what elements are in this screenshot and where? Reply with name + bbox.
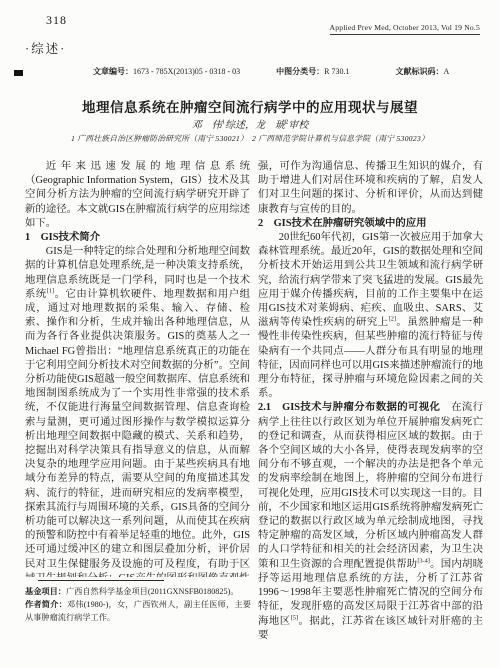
bio-label: 作者简介： bbox=[25, 600, 67, 609]
citation-superscript: [5] bbox=[291, 614, 298, 621]
paragraph-text: 。它由计算机软硬件、地理数据和用户组成，通过对地理数据的采集、输入、存储、检索、… bbox=[25, 289, 250, 577]
citation-superscript: [2] bbox=[389, 316, 396, 323]
body-columns: 近年来迅速发展的地理信息系统（Geographic Information Sy… bbox=[25, 160, 483, 643]
bio-line: 作者简介：邓伟(1980-)，女，广西钦州人，副主任医师，主要从事肿瘤流行病学工… bbox=[25, 598, 251, 624]
journal-header: Applied Prev Med, October 2013, Vol 19 N… bbox=[330, 23, 480, 35]
paragraph: 强，可作为沟通信息、传播卫生知识的媒介，有助于增进人们对居住环境和疾病的了解，启… bbox=[258, 160, 483, 217]
journal-page: 318 Applied Prev Med, October 2013, Vol … bbox=[0, 0, 500, 668]
article-number: 文章编号：1673 - 785X(2013)05 - 0318 - 03 bbox=[93, 67, 242, 76]
article-title: 地理信息系统在肿瘤空间流行病学中的应用现状与展望 bbox=[0, 96, 500, 116]
paragraph: 近年来迅速发展的地理信息系统（Geographic Information Sy… bbox=[25, 160, 250, 231]
author-role: 综述 bbox=[225, 120, 245, 131]
clc-value: R 730.1 bbox=[324, 67, 349, 76]
fund-text: 广西自然科学基金项目(2011GXNSFB0180825)。 bbox=[66, 587, 239, 596]
paragraph-text: 在流行病学上往往以行政区划为单位开展肿瘤发病死亡的登记和调查，从而获得相应区域的… bbox=[258, 402, 483, 569]
author-role: 审校 bbox=[288, 120, 308, 131]
fund-label: 基金项目： bbox=[25, 587, 66, 596]
clc-number: 中图分类号：R 730.1 bbox=[276, 67, 351, 76]
author-name: 邓 伟 bbox=[192, 120, 222, 131]
footnote-block: 基金项目：广西自然科学基金项目(2011GXNSFB0180825)。 作者简介… bbox=[25, 580, 251, 624]
page-number: 318 bbox=[46, 13, 67, 28]
paragraph: GIS是一种特定的综合处理和分析地理空间数据的计算机信息处理系统,是一种决策支持… bbox=[25, 245, 250, 577]
author-name: 龙 琥 bbox=[255, 120, 285, 131]
paragraph: 20世纪60年代初，GIS第一次被应用于加拿大森林管理系统。最近20年，GIS的… bbox=[258, 231, 483, 401]
article-number-label: 文章编号： bbox=[93, 67, 133, 76]
subsection-heading: 2.1 GIS技术与肿瘤分布数据的可视化 bbox=[258, 402, 440, 413]
paragraph-text: 20世纪60年代初，GIS第一次被应用于加拿大森林管理系统。最近20年，GIS的… bbox=[258, 232, 483, 328]
section-label: ·综述· bbox=[25, 39, 66, 57]
section-heading: 2 GIS技术在肿瘤研究领域中的应用 bbox=[258, 217, 483, 231]
document-code-value: A bbox=[443, 67, 449, 76]
section-heading: 1 GIS技术简介 bbox=[25, 231, 250, 245]
affiliations: 1 广西壮族自治区肿瘤防治研究所（南宁 530021） 2 广西师范学院计算机与… bbox=[0, 133, 500, 144]
fund-line: 基金项目：广西自然科学基金项目(2011GXNSFB0180825)。 bbox=[25, 585, 251, 598]
document-code: 文献标识码：A bbox=[395, 67, 449, 76]
authors-line: 邓 伟1综述，龙 琥2审校 bbox=[0, 116, 500, 131]
left-column: 近年来迅速发展的地理信息系统（Geographic Information Sy… bbox=[25, 160, 250, 577]
print-mark bbox=[14, 70, 23, 76]
article-number-value: 1673 - 785X(2013)05 - 0318 - 03 bbox=[133, 67, 240, 76]
right-column: 强，可作为沟通信息、传播卫生知识的媒介，有助于增进人们对居住环境和疾病的了解，启… bbox=[258, 160, 483, 643]
citation-superscript: [1] bbox=[47, 287, 54, 294]
document-code-label: 文献标识码： bbox=[395, 67, 443, 76]
paragraph: 2.1 GIS技术与肿瘤分布数据的可视化 在流行病学上往往以行政区划为单位开展肿… bbox=[258, 401, 483, 642]
article-meta: 文章编号：1673 - 785X(2013)05 - 0318 - 03 中图分… bbox=[93, 66, 449, 77]
paragraph-text: 。虽然肿瘤是一种慢性非传染性疾病，但某些肿瘤的流行特征与传染病有一个共同点——人… bbox=[258, 317, 483, 399]
author-separator: ， bbox=[245, 120, 255, 131]
clc-label: 中图分类号： bbox=[276, 67, 324, 76]
footnote-rule bbox=[38, 580, 164, 581]
citation-superscript: [3-4] bbox=[417, 557, 430, 564]
